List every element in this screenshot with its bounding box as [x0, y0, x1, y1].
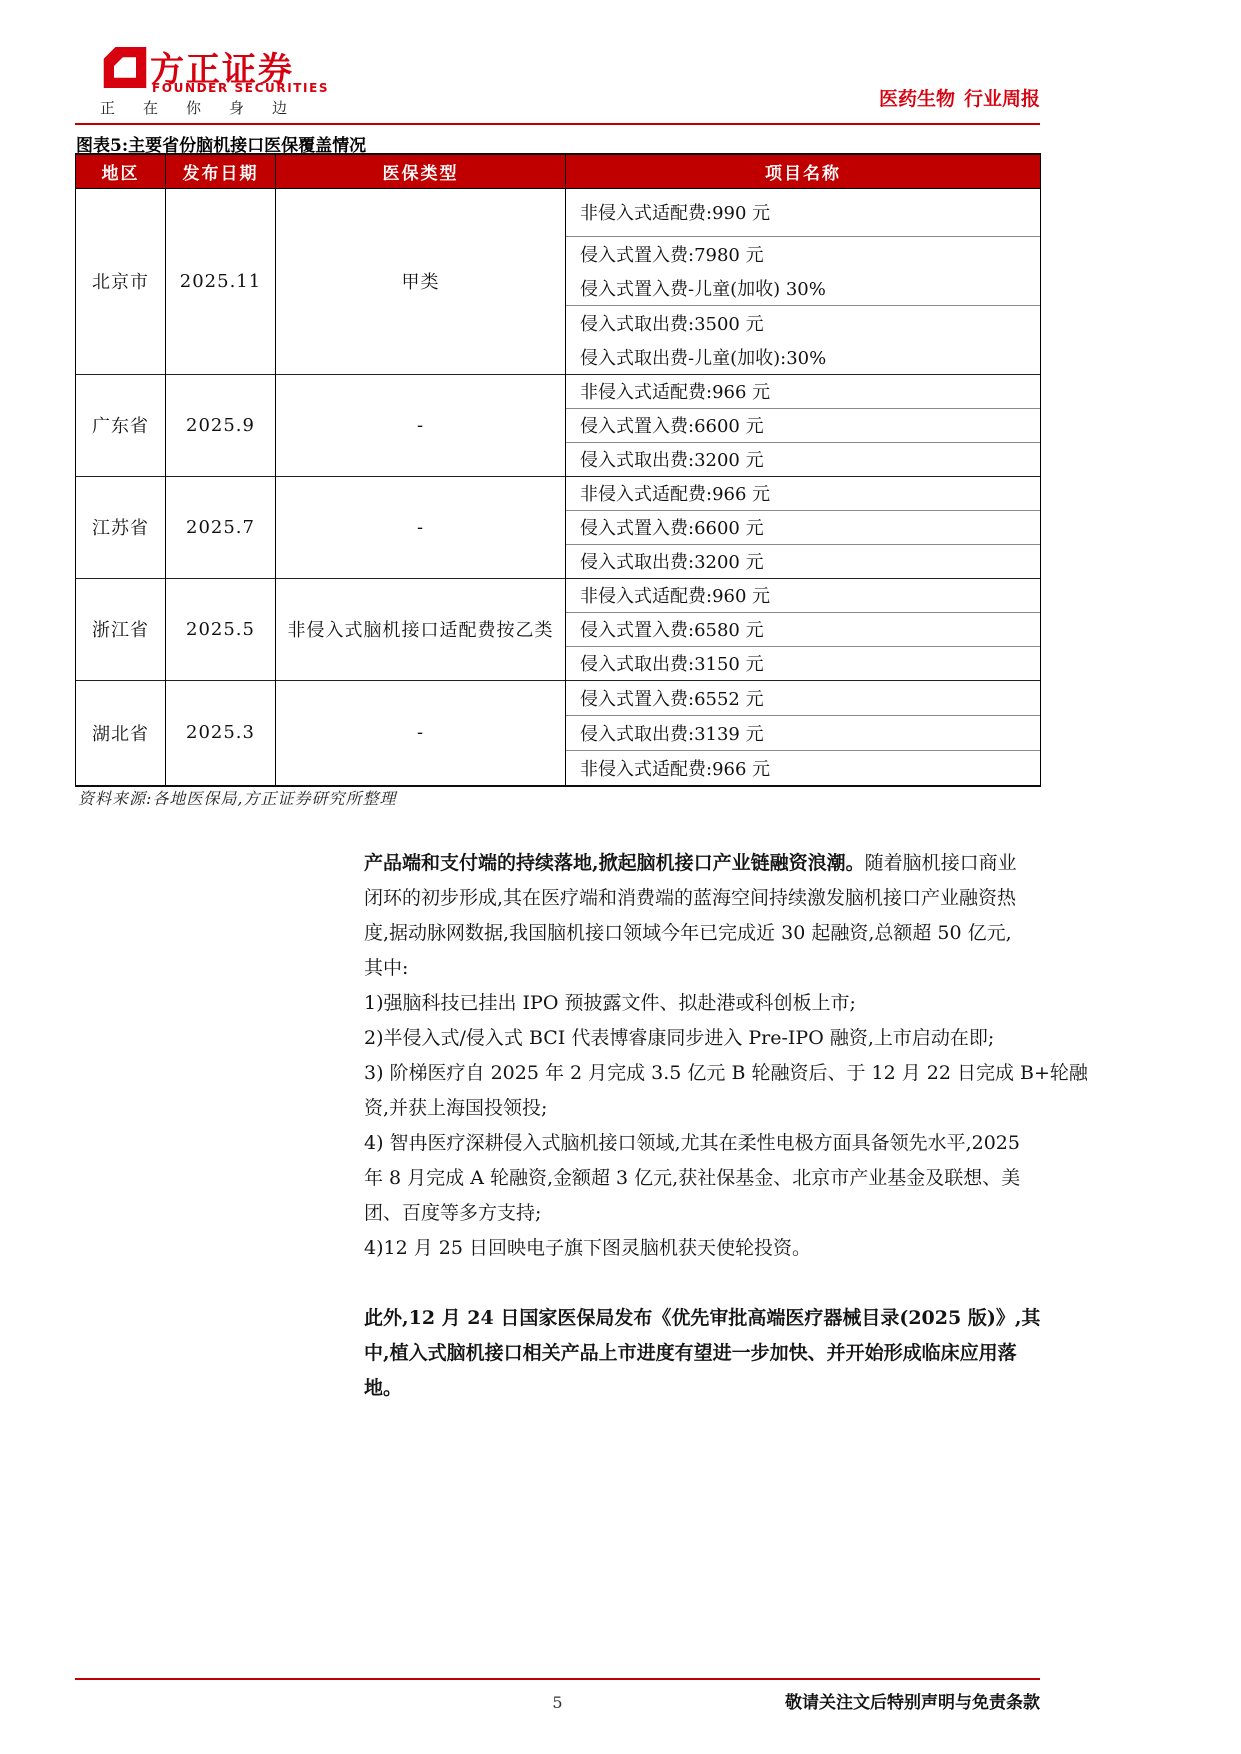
- item-line: 侵入式取出费:3500 元: [580, 306, 1040, 340]
- date-cell: 2025.5: [166, 578, 276, 680]
- item-line: 侵入式置入费:6552 元: [580, 681, 1040, 715]
- type-cell: -: [276, 374, 566, 476]
- item-cell: 侵入式取出费:3139 元: [566, 715, 1041, 750]
- item-line: 侵入式取出费:3139 元: [580, 716, 1040, 750]
- type-cell: -: [276, 476, 566, 578]
- item-cell: 侵入式置入费:6580 元: [566, 612, 1041, 646]
- table-header: 地区 发布日期 医保类型 项目名称: [76, 154, 1041, 188]
- region-cell: 北京市: [76, 188, 166, 374]
- column-header-region: 地区: [76, 154, 166, 188]
- item-line: 非侵入式适配费:960 元: [580, 579, 1040, 612]
- item-cell: 侵入式置入费:6600 元: [566, 408, 1041, 442]
- footer-rule: [75, 1678, 1040, 1680]
- paragraph-line: 闭环的初步形成,其在医疗端和消费端的蓝海空间持续激发脑机接口产业融资热: [364, 881, 1054, 916]
- item-line: 侵入式取出费:3200 元: [580, 545, 1040, 578]
- item-cell: 侵入式置入费:6552 元: [566, 680, 1041, 715]
- item-line: 侵入式取出费-儿童(加收):30%: [580, 340, 1040, 374]
- item-cell: 非侵入式适配费:960 元: [566, 578, 1041, 612]
- report-type: 行业周报: [964, 88, 1040, 110]
- item-line: 侵入式取出费:3150 元: [580, 647, 1040, 680]
- type-cell: -: [276, 680, 566, 786]
- list-item-continuation: 资,并获上海国投领投;: [364, 1091, 1054, 1126]
- header-rule: [75, 123, 1040, 125]
- list-item: 2)半侵入式/侵入式 BCI 代表博睿康同步进入 Pre-IPO 融资,上市启动…: [364, 1021, 1054, 1056]
- item-line: 非侵入式适配费:990 元: [580, 189, 1040, 236]
- report-label: 医药生物行业周报: [75, 84, 1040, 111]
- list-item: 3) 阶梯医疗自 2025 年 2 月完成 3.5 亿元 B 轮融资后、于 12…: [364, 1056, 1054, 1091]
- footer-disclaimer: 敬请关注文后特别声明与免责条款: [785, 1688, 1040, 1718]
- paragraph-line: 此外,12 月 24 日国家医保局发布《优先审批高端医疗器械目录(2025 版)…: [364, 1301, 1054, 1336]
- date-cell: 2025.9: [166, 374, 276, 476]
- item-line: 侵入式取出费:3200 元: [580, 443, 1040, 476]
- date-cell: 2025.7: [166, 476, 276, 578]
- insurance-coverage-table: 地区 发布日期 医保类型 项目名称 北京市 2025.11 甲类 非侵入式适配费…: [75, 153, 1041, 787]
- item-cell: 非侵入式适配费:966 元: [566, 476, 1041, 510]
- list-item-continuation: 团、百度等多方支持;: [364, 1196, 1054, 1231]
- type-cell: 非侵入式脑机接口适配费按乙类: [276, 578, 566, 680]
- report-page: 方正证券 FOUNDER SECURITIES 正在你身边 医药生物行业周报 图…: [0, 0, 1241, 1754]
- table-row: 浙江省 2025.5 非侵入式脑机接口适配费按乙类 非侵入式适配费:960 元: [76, 578, 1041, 612]
- type-cell: 甲类: [276, 188, 566, 374]
- source-note: 资料来源:各地医保局,方正证券研究所整理: [78, 786, 396, 809]
- item-cell: 非侵入式适配费:990 元: [566, 188, 1041, 236]
- item-cell: 非侵入式适配费:966 元: [566, 374, 1041, 408]
- item-line: 侵入式置入费:6580 元: [580, 613, 1040, 646]
- column-header-date: 发布日期: [166, 154, 276, 188]
- table-row: 广东省 2025.9 - 非侵入式适配费:966 元: [76, 374, 1041, 408]
- column-header-item: 项目名称: [566, 154, 1041, 188]
- item-cell: 侵入式置入费:7980 元 侵入式置入费-儿童(加收) 30%: [566, 236, 1041, 305]
- table-row: 湖北省 2025.3 - 侵入式置入费:6552 元: [76, 680, 1041, 715]
- report-category: 医药生物: [879, 88, 955, 110]
- region-cell: 江苏省: [76, 476, 166, 578]
- paragraph-line: 中,植入式脑机接口相关产品上市进度有望进一步加快、并开始形成临床应用落: [364, 1336, 1054, 1371]
- region-group-jiangsu: 江苏省 2025.7 - 非侵入式适配费:966 元 侵入式置入费:6600 元…: [76, 476, 1041, 578]
- item-cell: 侵入式置入费:6600 元: [566, 510, 1041, 544]
- column-header-type: 医保类型: [276, 154, 566, 188]
- paragraph-lead-bold: 产品端和支付端的持续落地,掀起脑机接口产业链融资浪潮。: [364, 852, 865, 874]
- table-row: 北京市 2025.11 甲类 非侵入式适配费:990 元: [76, 188, 1041, 236]
- date-cell: 2025.3: [166, 680, 276, 786]
- item-line: 侵入式置入费:6600 元: [580, 511, 1040, 544]
- table-row: 江苏省 2025.7 - 非侵入式适配费:966 元: [76, 476, 1041, 510]
- region-group-zhejiang: 浙江省 2025.5 非侵入式脑机接口适配费按乙类 非侵入式适配费:960 元 …: [76, 578, 1041, 680]
- list-item: 4)12 月 25 日回映电子旗下图灵脑机获天使轮投资。: [364, 1231, 1054, 1266]
- item-cell: 非侵入式适配费:966 元: [566, 750, 1041, 786]
- item-cell: 侵入式取出费:3200 元: [566, 442, 1041, 476]
- item-line: 侵入式置入费:7980 元: [580, 237, 1040, 271]
- list-item: 4) 智冉医疗深耕侵入式脑机接口领域,尤其在柔性电极方面具备领先水平,2025: [364, 1126, 1054, 1161]
- item-line: 非侵入式适配费:966 元: [580, 751, 1040, 785]
- list-item: 1)强脑科技已挂出 IPO 预披露文件、拟赴港或科创板上市;: [364, 986, 1054, 1021]
- region-cell: 广东省: [76, 374, 166, 476]
- paragraph-line: 产品端和支付端的持续落地,掀起脑机接口产业链融资浪潮。随着脑机接口商业: [364, 846, 1054, 881]
- region-cell: 湖北省: [76, 680, 166, 786]
- item-line: 侵入式置入费:6600 元: [580, 409, 1040, 442]
- item-cell: 侵入式取出费:3200 元: [566, 544, 1041, 578]
- item-cell: 侵入式取出费:3500 元 侵入式取出费-儿童(加收):30%: [566, 305, 1041, 374]
- item-line: 非侵入式适配费:966 元: [580, 477, 1040, 510]
- region-group-hubei: 湖北省 2025.3 - 侵入式置入费:6552 元 侵入式取出费:3139 元…: [76, 680, 1041, 786]
- region-cell: 浙江省: [76, 578, 166, 680]
- body-text: 产品端和支付端的持续落地,掀起脑机接口产业链融资浪潮。随着脑机接口商业 闭环的初…: [364, 846, 1054, 1406]
- item-line: 侵入式置入费-儿童(加收) 30%: [580, 271, 1040, 305]
- paragraph-line: 度,据动脉网数据,我国脑机接口领域今年已完成近 30 起融资,总额超 50 亿元…: [364, 916, 1054, 951]
- list-item-continuation: 年 8 月完成 A 轮融资,金额超 3 亿元,获社保基金、北京市产业基金及联想、…: [364, 1161, 1054, 1196]
- item-line: 非侵入式适配费:966 元: [580, 375, 1040, 408]
- paragraph-line: 地。: [364, 1371, 1054, 1406]
- paragraph-line: 其中:: [364, 951, 1054, 986]
- date-cell: 2025.11: [166, 188, 276, 374]
- item-cell: 侵入式取出费:3150 元: [566, 646, 1041, 680]
- paragraph-text: 随着脑机接口商业: [865, 852, 1017, 874]
- region-group-guangdong: 广东省 2025.9 - 非侵入式适配费:966 元 侵入式置入费:6600 元…: [76, 374, 1041, 476]
- page-footer: 5 敬请关注文后特别声明与免责条款: [75, 1688, 1040, 1718]
- region-group-beijing: 北京市 2025.11 甲类 非侵入式适配费:990 元 侵入式置入费:7980…: [76, 188, 1041, 374]
